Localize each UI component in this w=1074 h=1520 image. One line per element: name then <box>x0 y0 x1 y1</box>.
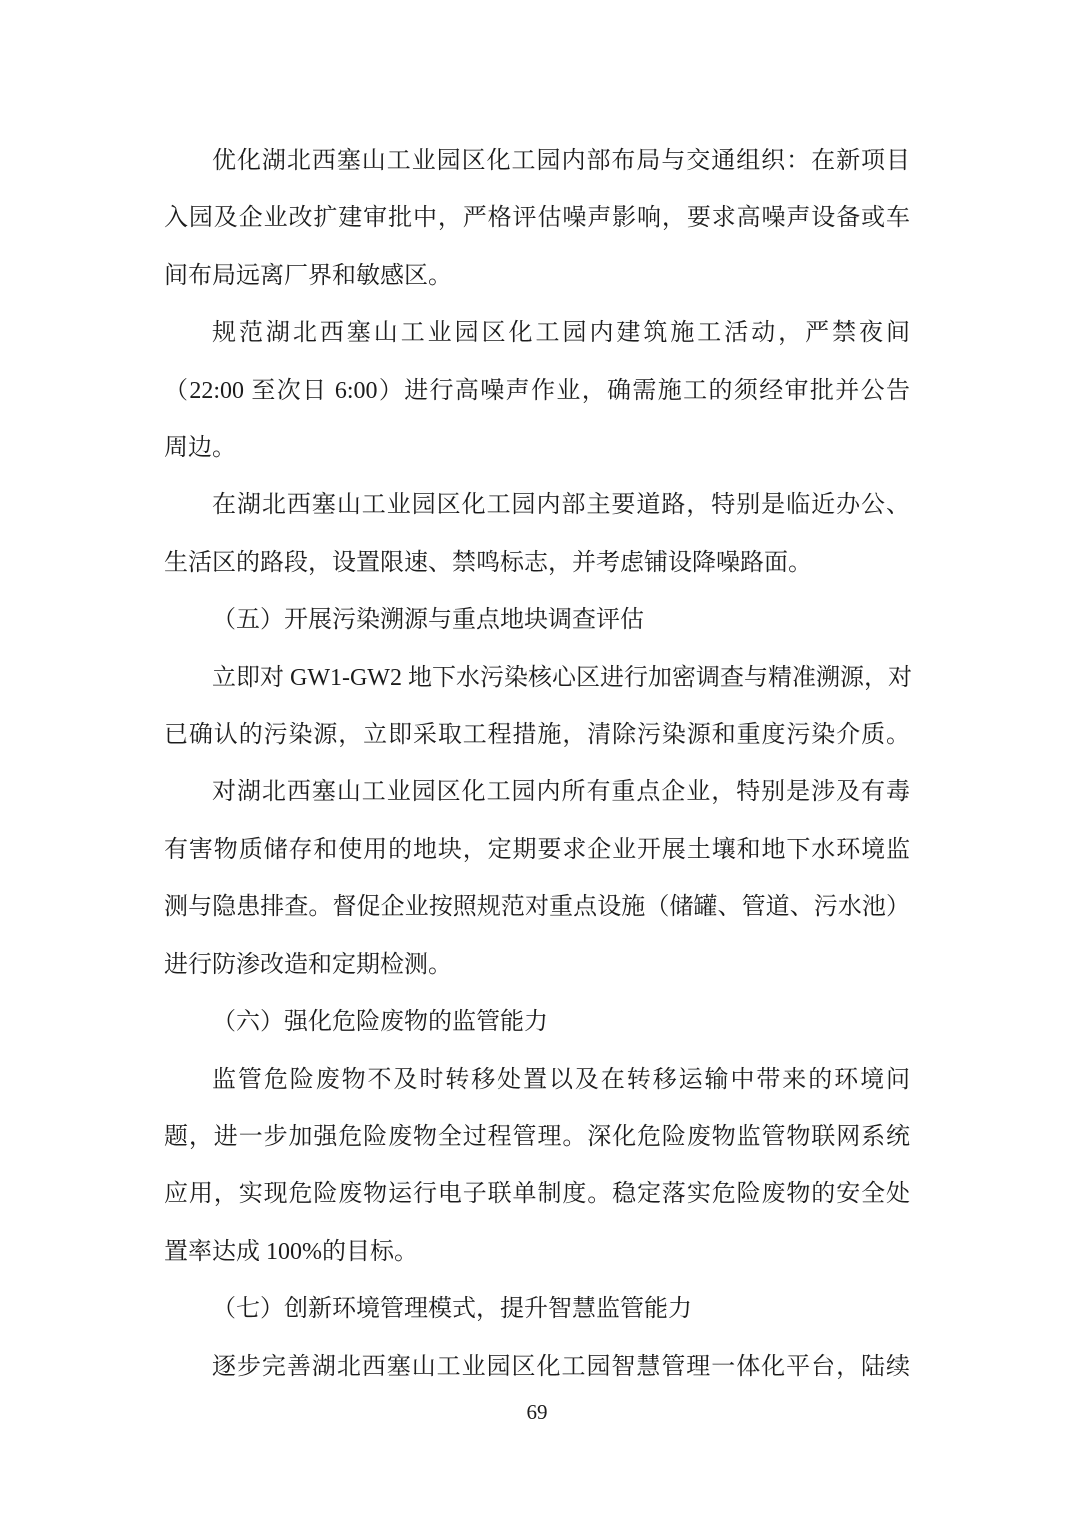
document-page: 优化湖北西塞山工业园区化工园内部布局与交通组织：在新项目 入园及企业改扩建审批中… <box>0 0 1074 1520</box>
paragraph: 在湖北西塞山工业园区化工园内部主要道路，特别是临近办公、 生活区的路段，设置限速… <box>164 477 910 592</box>
text-line: 间布局远离厂界和敏感区。 <box>164 248 910 305</box>
text-line: 监管危险废物不及时转移处置以及在转移运输中带来的环境问 <box>164 1052 910 1109</box>
section-heading-text: （六）强化危险废物的监管能力 <box>164 994 910 1051</box>
paragraph: 逐步完善湖北西塞山工业园区化工园智慧管理一体化平台，陆续 <box>164 1339 910 1396</box>
section-heading-text: （七）创新环境管理模式，提升智慧监管能力 <box>164 1281 910 1338</box>
paragraph: 规范湖北西塞山工业园区化工园内建筑施工活动，严禁夜间 （22:00 至次日 6:… <box>164 305 910 477</box>
text-line: 入园及企业改扩建审批中，严格评估噪声影响，要求高噪声设备或车 <box>164 190 910 247</box>
section-heading-7: （七）创新环境管理模式，提升智慧监管能力 <box>164 1281 910 1338</box>
paragraph: 优化湖北西塞山工业园区化工园内部布局与交通组织：在新项目 入园及企业改扩建审批中… <box>164 133 910 305</box>
text-line: 进行防渗改造和定期检测。 <box>164 937 910 994</box>
paragraph: 立即对 GW1-GW2 地下水污染核心区进行加密调查与精准溯源，对 已确认的污染… <box>164 650 910 765</box>
text-line: 在湖北西塞山工业园区化工园内部主要道路，特别是临近办公、 <box>164 477 910 534</box>
section-heading-text: （五）开展污染溯源与重点地块调查评估 <box>164 592 910 649</box>
text-line: 逐步完善湖北西塞山工业园区化工园智慧管理一体化平台，陆续 <box>164 1339 910 1396</box>
text-line: 规范湖北西塞山工业园区化工园内建筑施工活动，严禁夜间 <box>164 305 910 362</box>
text-line: （22:00 至次日 6:00）进行高噪声作业，确需施工的须经审批并公告 <box>164 363 910 420</box>
text-line: 已确认的污染源，立即采取工程措施，清除污染源和重度污染介质。 <box>164 707 910 764</box>
text-line: 有害物质储存和使用的地块，定期要求企业开展土壤和地下水环境监 <box>164 822 910 879</box>
text-line: 题，进一步加强危险废物全过程管理。深化危险废物监管物联网系统 <box>164 1109 910 1166</box>
text-line: 生活区的路段，设置限速、禁鸣标志，并考虑铺设降噪路面。 <box>164 535 910 592</box>
text-line: 置率达成 100%的目标。 <box>164 1224 910 1281</box>
text-line: 应用，实现危险废物运行电子联单制度。稳定落实危险废物的安全处 <box>164 1166 910 1223</box>
section-heading-5: （五）开展污染溯源与重点地块调查评估 <box>164 592 910 649</box>
section-heading-6: （六）强化危险废物的监管能力 <box>164 994 910 1051</box>
page-number: 69 <box>0 1396 1074 1428</box>
paragraph: 对湖北西塞山工业园区化工园内所有重点企业，特别是涉及有毒 有害物质储存和使用的地… <box>164 764 910 994</box>
page-text-block: 优化湖北西塞山工业园区化工园内部布局与交通组织：在新项目 入园及企业改扩建审批中… <box>164 133 910 1396</box>
text-line: 测与隐患排查。督促企业按照规范对重点设施（储罐、管道、污水池） <box>164 879 910 936</box>
paragraph: 监管危险废物不及时转移处置以及在转移运输中带来的环境问 题，进一步加强危险废物全… <box>164 1052 910 1282</box>
text-line: 优化湖北西塞山工业园区化工园内部布局与交通组织：在新项目 <box>164 133 910 190</box>
text-line: 对湖北西塞山工业园区化工园内所有重点企业，特别是涉及有毒 <box>164 764 910 821</box>
text-line: 周边。 <box>164 420 910 477</box>
text-line: 立即对 GW1-GW2 地下水污染核心区进行加密调查与精准溯源，对 <box>164 650 910 707</box>
